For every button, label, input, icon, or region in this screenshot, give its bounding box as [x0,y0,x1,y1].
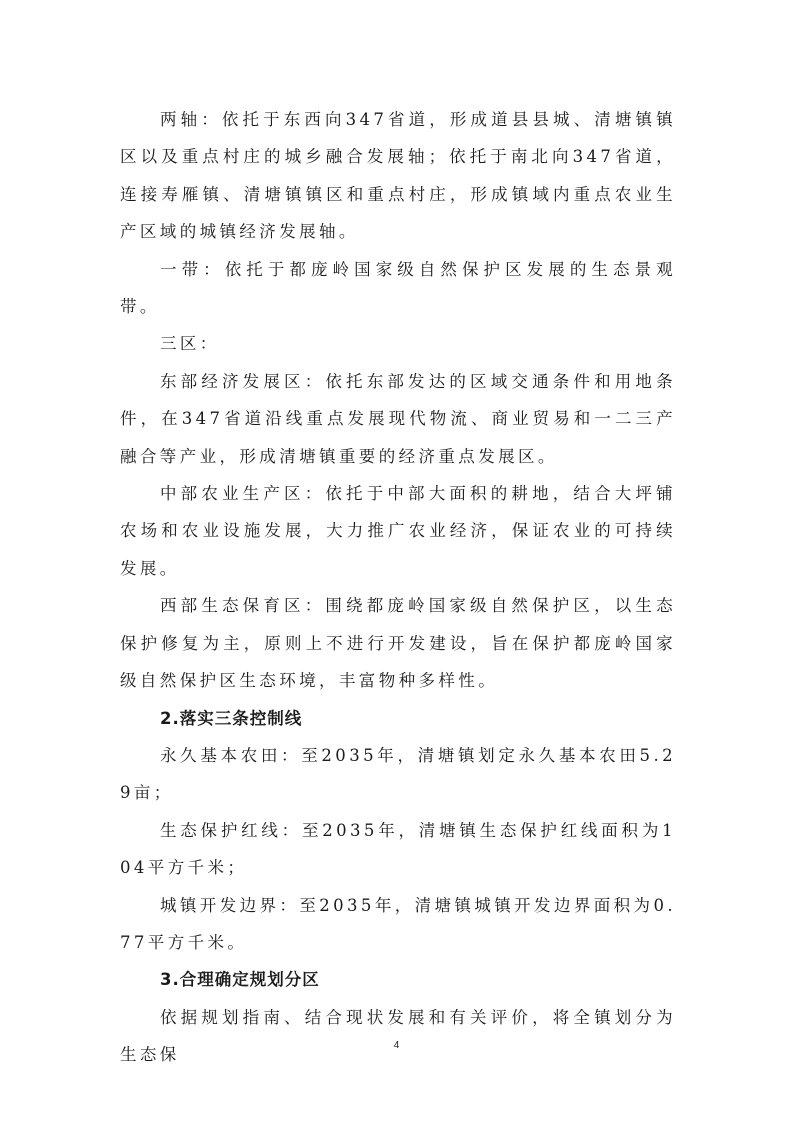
paragraph-west-eco-zone: 西部生态保育区：围绕都庞岭国家级自然保护区，以生态保护修复为主，原则上不进行开发… [120,587,676,699]
document-page: 两轴：依托于东西向347省道，形成道县县城、清塘镇镇区以及重点村庄的城乡融合发展… [120,101,676,1074]
paragraph-eco-redline: 生态保护红线：至2035年，清塘镇生态保护红线面积为104平方千米； [120,812,676,887]
paragraph-farmland: 永久基本农田：至2035年，清塘镇划定永久基本农田5.29亩； [120,737,676,812]
page-number: 4 [0,1040,793,1051]
section-heading-control-lines: 2.落实三条控制线 [120,700,676,737]
paragraph-one-belt: 一带：依托于都庞岭国家级自然保护区发展的生态景观带。 [120,251,676,326]
paragraph-east-economic-zone: 东部经济发展区：依托东部发达的区域交通条件和用地条件，在347省道沿线重点发展现… [120,363,676,475]
paragraph-zoning-intro: 依据规划指南、结合现状发展和有关评价，将全镇划分为生态保 [120,999,676,1074]
paragraph-three-zones: 三区： [120,325,676,362]
section-heading-planning-zones: 3.合理确定规划分区 [120,961,676,998]
paragraph-two-axes: 两轴：依托于东西向347省道，形成道县县城、清塘镇镇区以及重点村庄的城乡融合发展… [120,101,676,251]
paragraph-central-agri-zone: 中部农业生产区：依托于中部大面积的耕地，结合大坪铺农场和农业设施发展，大力推广农… [120,475,676,587]
paragraph-urban-boundary: 城镇开发边界：至2035年，清塘镇城镇开发边界面积为0.77平方千米。 [120,887,676,962]
